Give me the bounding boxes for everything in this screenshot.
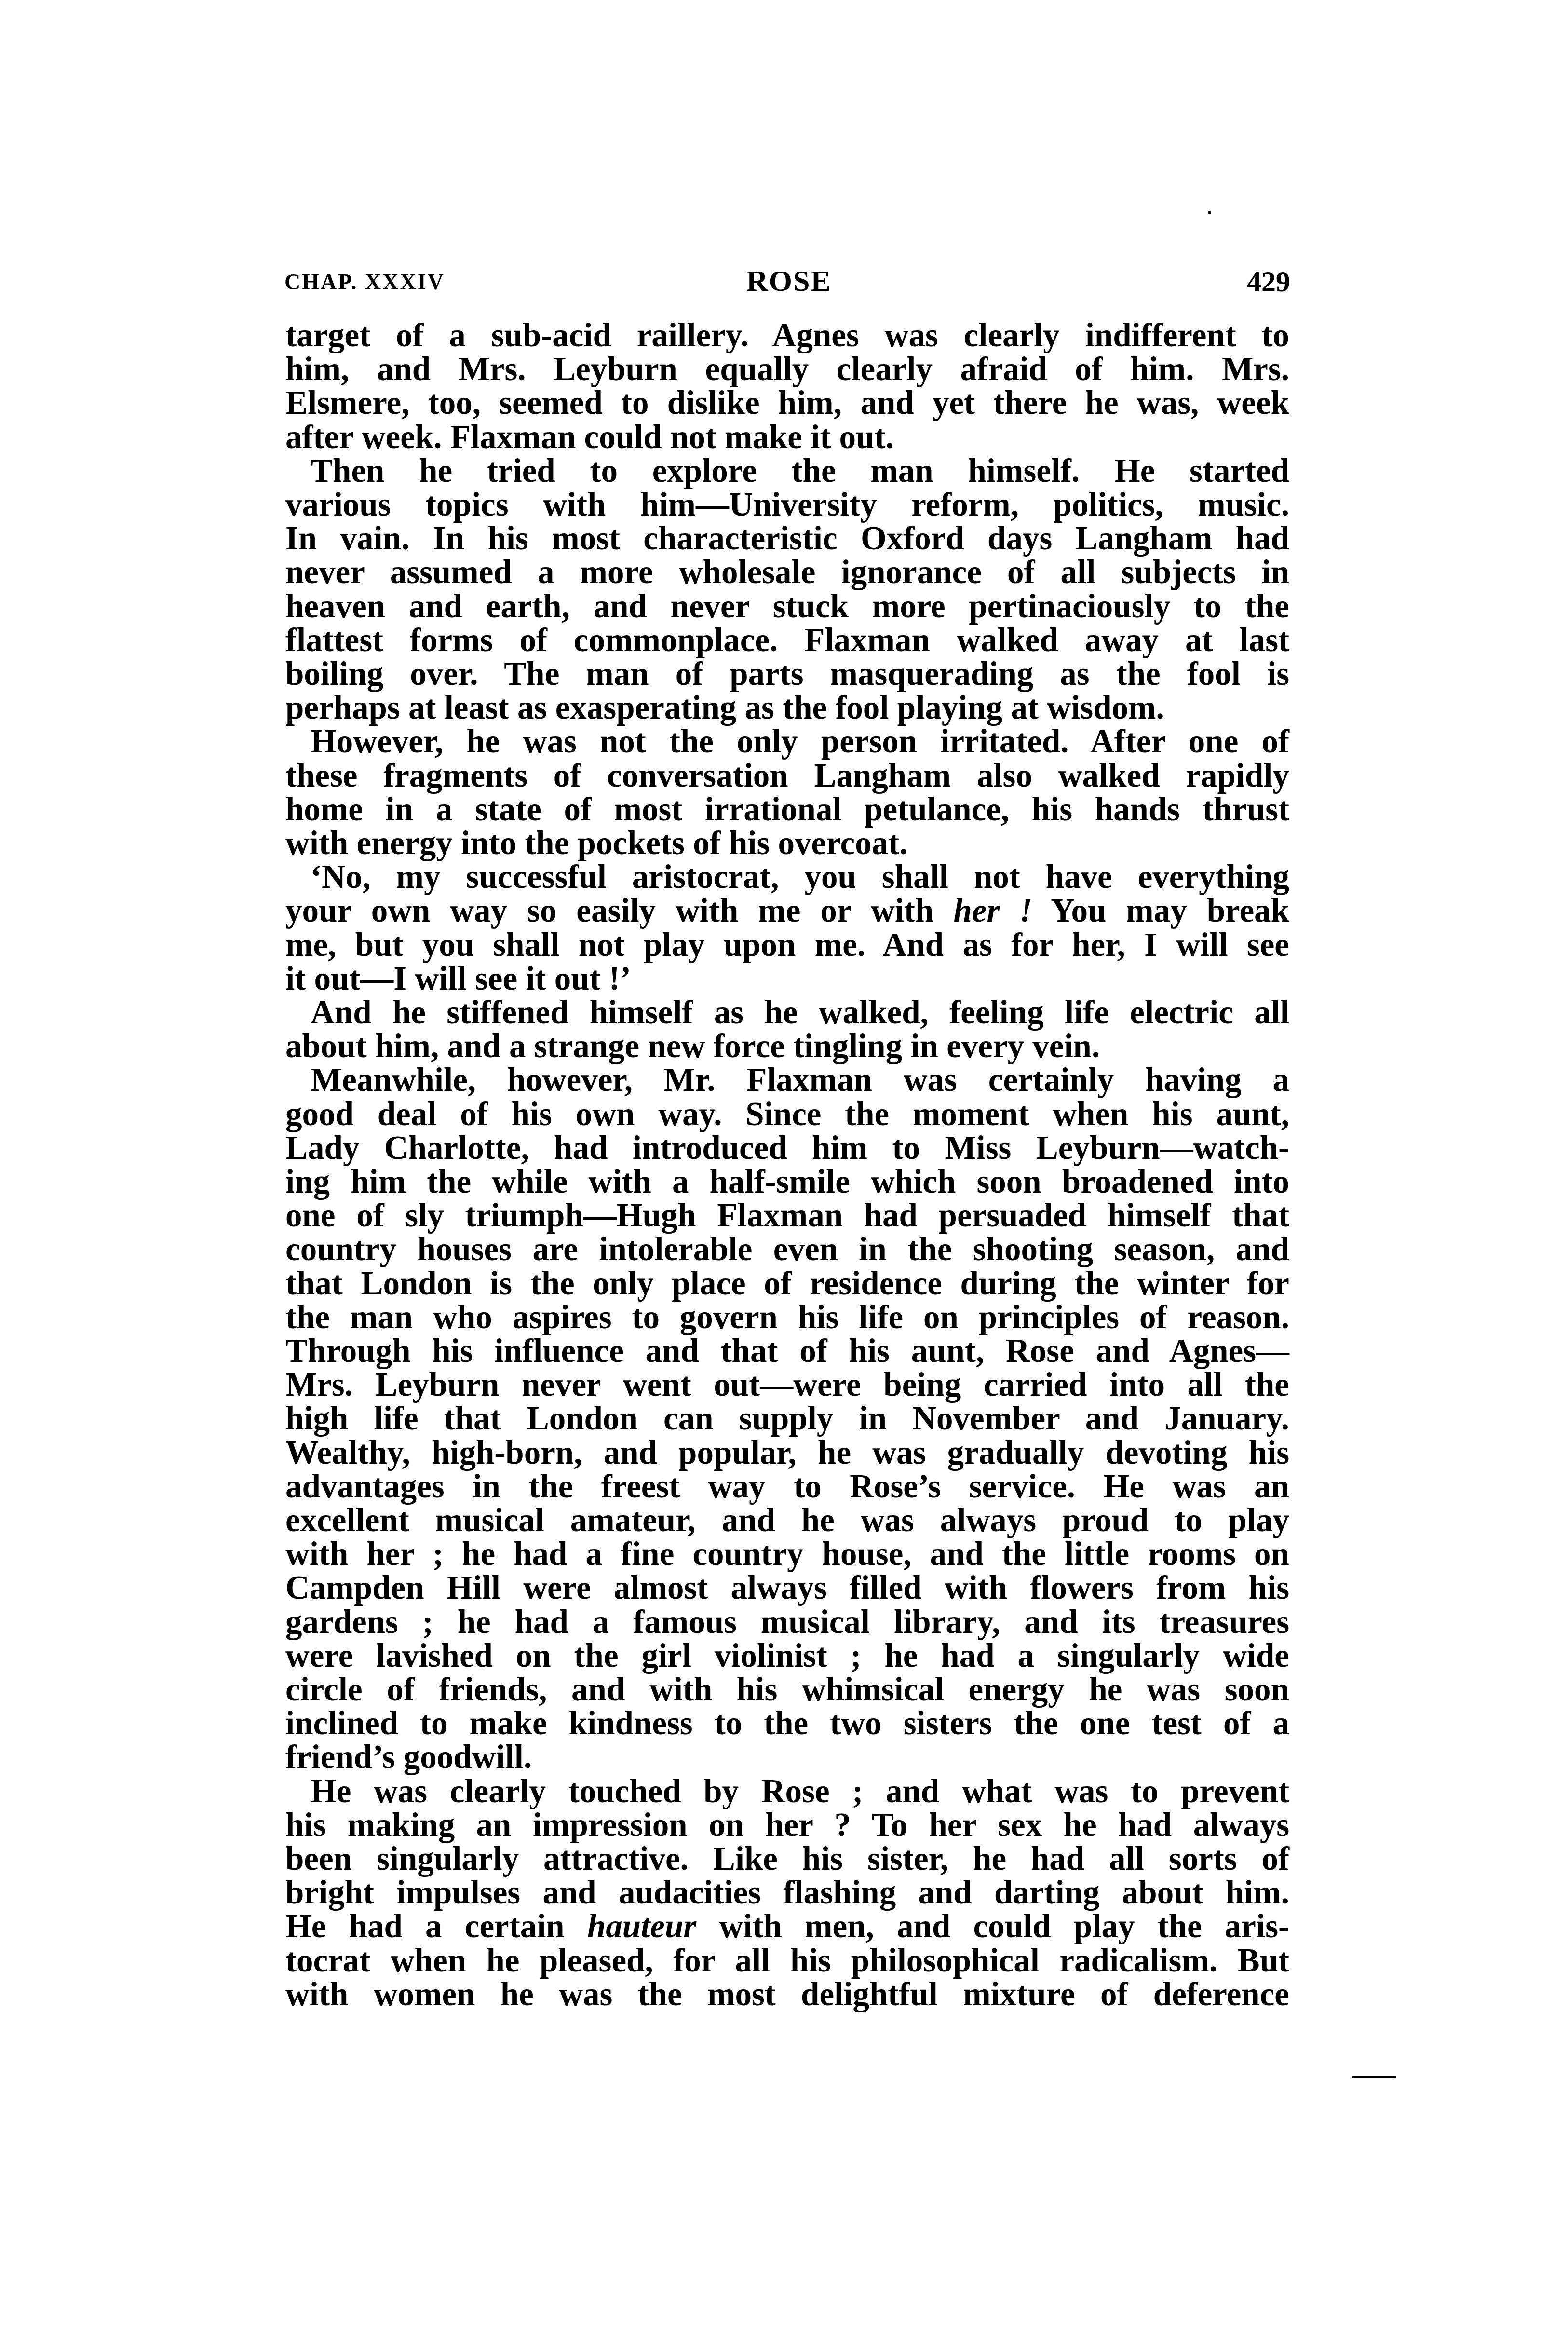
text-line: ing him the while with a half-smile whic… — [285, 1165, 1289, 1198]
text-line: Mrs. Leyburn never went out—were being c… — [285, 1368, 1289, 1401]
text-line: inclined to make kindness to the two sis… — [285, 1706, 1289, 1740]
text-line: advantages in the freest way to Rose’s s… — [285, 1469, 1289, 1503]
text-line: with women he was the most delightful mi… — [285, 1977, 1289, 2011]
chapter-label: CHAP. XXXIV — [284, 269, 445, 295]
text-line: Lady Charlotte, had introduced him to Mi… — [285, 1131, 1289, 1165]
text-line: one of sly triumph—Hugh Flaxman had pers… — [285, 1198, 1289, 1232]
text-line: Through his influence and that of his au… — [285, 1334, 1289, 1368]
text-line: it out—I will see it out !’ — [285, 962, 1289, 995]
scan-speck — [1208, 211, 1211, 214]
italic-text: hauteur — [587, 1908, 696, 1944]
text-line: about him, and a strange new force tingl… — [285, 1029, 1289, 1063]
text-line: Elsmere, too, seemed to dislike him, and… — [285, 386, 1289, 420]
text-line: him, and Mrs. Leyburn equally clearly af… — [285, 352, 1289, 386]
text-line: And he stiffened himself as he walked, f… — [285, 995, 1289, 1029]
text-line: the man who aspires to govern his life o… — [285, 1300, 1289, 1334]
text-line: been singularly attractive. Like his sis… — [285, 1842, 1289, 1876]
page-number: 429 — [1247, 265, 1290, 299]
text-segment: He had a certain — [285, 1908, 587, 1944]
text-line: perhaps at least as exasperating as the … — [285, 691, 1289, 724]
text-line: gardens ; he had a famous musical librar… — [285, 1605, 1289, 1639]
text-line: high life that London can supply in Nove… — [285, 1401, 1289, 1435]
text-line: target of a sub-acid raillery. Agnes was… — [285, 318, 1289, 352]
text-line: Meanwhile, however, Mr. Flaxman was cert… — [285, 1063, 1289, 1097]
running-head: CHAP. XXXIV ROSE 429 — [284, 264, 1292, 293]
text-line: various topics with him—University refor… — [285, 488, 1289, 521]
text-line: However, he was not the only person irri… — [285, 724, 1289, 758]
italic-text: her ! — [953, 892, 1032, 929]
text-line: ‘No, my successful aristocrat, you shall… — [285, 860, 1289, 894]
text-line: excellent musical amateur, and he was al… — [285, 1503, 1289, 1537]
text-line: Campden Hill were almost always filled w… — [285, 1571, 1289, 1604]
footer-rule — [1352, 2076, 1396, 2078]
text-line: circle of friends, and with his whimsica… — [285, 1672, 1289, 1706]
text-segment: your own way so easily with me or with — [285, 892, 953, 929]
text-line: He had a certain hauteur with men, and c… — [285, 1909, 1289, 1943]
text-segment: You may break — [1032, 892, 1289, 929]
text-line: his making an impression on her ? To her… — [285, 1808, 1289, 1842]
text-line: were lavished on the girl violinist ; he… — [285, 1639, 1289, 1672]
text-line: Then he tried to explore the man himself… — [285, 454, 1289, 488]
text-line: heaven and earth, and never stuck more p… — [285, 589, 1289, 623]
text-line: your own way so easily with me or with h… — [285, 894, 1289, 927]
text-line: me, but you shall not play upon me. And … — [285, 928, 1289, 962]
text-line: flattest forms of commonplace. Flaxman w… — [285, 623, 1289, 657]
text-line: In vain. In his most characteristic Oxfo… — [285, 521, 1289, 555]
text-line: He was clearly touched by Rose ; and wha… — [285, 1774, 1289, 1808]
text-line: these fragments of conversation Langham … — [285, 759, 1289, 792]
text-line: that London is the only place of residen… — [285, 1266, 1289, 1300]
text-line: tocrat when he pleased, for all his phil… — [285, 1944, 1289, 1977]
text-line: never assumed a more wholesale ignorance… — [285, 555, 1289, 589]
text-segment: with men, and could play the aris- — [696, 1908, 1289, 1944]
text-line: Wealthy, high-born, and popular, he was … — [285, 1436, 1289, 1469]
text-line: with her ; he had a fine country house, … — [285, 1537, 1289, 1571]
text-line: after week. Flaxman could not make it ou… — [285, 420, 1289, 454]
book-page: CHAP. XXXIV ROSE 429 target of a sub-aci… — [0, 0, 1568, 2352]
chapter-title: ROSE — [746, 264, 832, 299]
text-line: friend’s goodwill. — [285, 1740, 1289, 1774]
text-line: boiling over. The man of parts masquerad… — [285, 657, 1289, 691]
text-line: home in a state of most irrational petul… — [285, 792, 1289, 826]
text-line: bright impulses and audacities flashing … — [285, 1876, 1289, 1909]
text-line: good deal of his own way. Since the mome… — [285, 1097, 1289, 1131]
text-line: country houses are intolerable even in t… — [285, 1232, 1289, 1266]
text-line: with energy into the pockets of his over… — [285, 826, 1289, 860]
